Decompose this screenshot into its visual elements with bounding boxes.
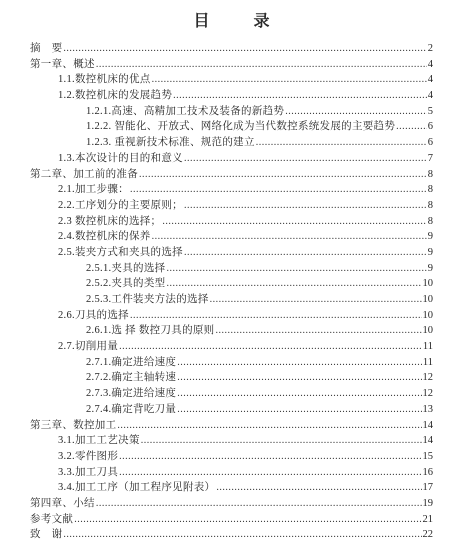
toc-entry: 2.4.数控机床的保养9 xyxy=(30,229,433,245)
toc-page-number: 15 xyxy=(423,449,434,465)
toc-entry-label: 2.6.刀具的选择 xyxy=(58,308,129,324)
document-page: 目 录 摘 要2第一章、概述41.1.数控机床的优点41.2.数控机床的发展趋势… xyxy=(0,0,455,547)
toc-page-number: 6 xyxy=(428,119,433,135)
toc-entry-label: 1.2.2. 智能化、开放式、网络化成为当代数控系统发展的主要趋势 xyxy=(86,119,395,135)
toc-entry: 2.5.3.工件装夹方法的选择10 xyxy=(30,292,433,308)
toc-entry-label: 2.7.4.确定背吃刀量 xyxy=(86,402,176,418)
toc-entry: 2.7.3.确定进给速度12 xyxy=(30,386,433,402)
toc-entry: 2.2.工序划分的主要原则；8 xyxy=(30,198,433,214)
toc-dot-leader xyxy=(162,214,426,230)
toc-entry-label: 2.1.加工步骤： xyxy=(58,182,129,198)
toc-entry-label: 2.7.2.确定主轴转速 xyxy=(86,370,176,386)
toc-entry-label: 2.2.工序划分的主要原则； xyxy=(58,198,183,214)
toc-entry: 2.5.装夹方式和夹具的选择9 xyxy=(30,245,433,261)
toc-entry-label: 3.2.零件图形 xyxy=(58,449,118,465)
toc-page-number: 11 xyxy=(423,339,433,355)
toc-dot-leader xyxy=(119,465,421,481)
toc-dot-leader xyxy=(139,167,427,183)
toc-dot-leader xyxy=(396,119,427,135)
toc-entry: 1.2.2. 智能化、开放式、网络化成为当代数控系统发展的主要趋势6 xyxy=(30,119,433,135)
toc-page-number: 16 xyxy=(423,465,434,481)
toc-dot-leader xyxy=(119,449,421,465)
toc-entry-label: 2.5.2.夹具的类型 xyxy=(86,276,165,292)
toc-entry: 第三章、数控加工14 xyxy=(30,418,433,434)
toc-entry: 参考文献21 xyxy=(30,512,433,528)
toc-dot-leader xyxy=(285,104,427,120)
toc-entry-label: 2.4.数控机床的保养 xyxy=(58,229,151,245)
toc-dot-leader xyxy=(63,527,421,543)
toc-dot-leader xyxy=(119,339,422,355)
toc-entry-label: 1.1.数控机床的优点 xyxy=(58,72,151,88)
toc-dot-leader xyxy=(216,480,421,496)
toc-page-number: 2 xyxy=(428,41,433,57)
toc-entry-label: 第二章、加工前的准备 xyxy=(30,167,138,183)
toc-entry-label: 第四章、小结 xyxy=(30,496,95,512)
toc-page-number: 4 xyxy=(428,72,433,88)
toc-entry: 1.1.数控机床的优点4 xyxy=(30,72,433,88)
toc-page-number: 19 xyxy=(423,496,434,512)
toc-entry-label: 2.5.装夹方式和夹具的选择 xyxy=(58,245,183,261)
toc-entry-label: 2.5.3.工件装夹方法的选择 xyxy=(86,292,209,308)
toc-page-number: 12 xyxy=(423,386,434,402)
toc-entry: 1.2.数控机床的发展趋势4 xyxy=(30,88,433,104)
toc-page-number: 9 xyxy=(428,245,433,261)
toc-entry: 2.3 数控机床的选择；8 xyxy=(30,214,433,230)
toc-entry-label: 2.7.3.确定进给速度 xyxy=(86,386,176,402)
toc-dot-leader xyxy=(184,198,427,214)
toc-dot-leader xyxy=(96,496,422,512)
toc-page-number: 9 xyxy=(428,261,433,277)
toc-dot-leader xyxy=(130,308,422,324)
toc-entry: 2.1.加工步骤：8 xyxy=(30,182,433,198)
toc-dot-leader xyxy=(177,355,422,371)
toc-entry-label: 参考文献 xyxy=(30,512,73,528)
toc-entry-label: 2.5.1.夹具的选择 xyxy=(86,261,165,277)
toc-entry: 3.2.零件图形15 xyxy=(30,449,433,465)
toc-entry: 2.6.1.选 择 数控刀具的原则10 xyxy=(30,323,433,339)
toc-page-number: 10 xyxy=(423,292,434,308)
toc-entry-label: 1.2.1.高速、高精加工技术及装备的新趋势 xyxy=(86,104,284,120)
toc-dot-leader xyxy=(166,276,421,292)
toc-entry: 2.7.1.确定进给速度11 xyxy=(30,355,433,371)
toc-entry-label: 1.2.3. 重视新技术标准、规范的建立 xyxy=(86,135,255,151)
toc-entry: 2.5.1.夹具的选择9 xyxy=(30,261,433,277)
toc-dot-leader xyxy=(166,261,426,277)
toc-entry: 摘 要2 xyxy=(30,41,433,57)
toc-page-number: 10 xyxy=(423,308,434,324)
toc-dot-leader xyxy=(177,386,421,402)
toc-page-number: 8 xyxy=(428,167,433,183)
toc-entry-label: 2.3 数控机床的选择； xyxy=(58,214,161,230)
toc-entry: 致 谢22 xyxy=(30,527,433,543)
toc-entry-label: 1.3.本次设计的目的和意义 xyxy=(58,151,183,167)
toc-page-number: 13 xyxy=(423,402,434,418)
toc-entry-label: 3.1.加工工艺决策 xyxy=(58,433,140,449)
toc-page-number: 5 xyxy=(428,104,433,120)
page-title: 目 录 xyxy=(30,8,433,31)
toc-entry: 2.7.2.确定主轴转速12 xyxy=(30,370,433,386)
toc-entry-label: 2.6.1.选 择 数控刀具的原则 xyxy=(86,323,214,339)
toc-entry: 第四章、小结19 xyxy=(30,496,433,512)
toc-page-number: 10 xyxy=(423,323,434,339)
toc-dot-leader xyxy=(173,88,427,104)
toc-page-number: 21 xyxy=(423,512,434,528)
toc-entry: 第一章、概述4 xyxy=(30,57,433,73)
toc-page-number: 8 xyxy=(428,182,433,198)
toc-page-number: 7 xyxy=(428,151,433,167)
toc-entry: 1.2.3. 重视新技术标准、规范的建立6 xyxy=(30,135,433,151)
toc-entry-label: 2.7.切削用量 xyxy=(58,339,118,355)
toc-entry: 2.5.2.夹具的类型10 xyxy=(30,276,433,292)
toc-dot-leader xyxy=(117,418,421,434)
toc-page-number: 12 xyxy=(423,370,434,386)
toc-page-number: 14 xyxy=(423,433,434,449)
toc-entry-label: 致 谢 xyxy=(30,527,62,543)
toc-entry: 第二章、加工前的准备8 xyxy=(30,167,433,183)
toc-page-number: 22 xyxy=(423,527,434,543)
toc-dot-leader xyxy=(152,229,427,245)
toc-page-number: 14 xyxy=(423,418,434,434)
toc-dot-leader xyxy=(130,182,427,198)
toc-dot-leader xyxy=(177,370,421,386)
toc-entry-label: 2.7.1.确定进给速度 xyxy=(86,355,176,371)
toc-entry: 2.7.切削用量11 xyxy=(30,339,433,355)
toc-entry-label: 3.4.加工工序（加工程序见附表） xyxy=(58,480,215,496)
toc-page-number: 9 xyxy=(428,229,433,245)
toc-dot-leader xyxy=(152,72,427,88)
table-of-contents: 摘 要2第一章、概述41.1.数控机床的优点41.2.数控机床的发展趋势41.2… xyxy=(30,41,433,543)
toc-dot-leader xyxy=(184,151,427,167)
toc-entry: 1.2.1.高速、高精加工技术及装备的新趋势5 xyxy=(30,104,433,120)
toc-page-number: 4 xyxy=(428,57,433,73)
toc-entry: 2.7.4.确定背吃刀量13 xyxy=(30,402,433,418)
toc-entry-label: 1.2.数控机床的发展趋势 xyxy=(58,88,172,104)
toc-dot-leader xyxy=(74,512,421,528)
toc-page-number: 17 xyxy=(423,480,434,496)
toc-page-number: 10 xyxy=(423,276,434,292)
toc-page-number: 8 xyxy=(428,198,433,214)
toc-entry-label: 3.3.加工刀具 xyxy=(58,465,118,481)
toc-page-number: 6 xyxy=(428,135,433,151)
toc-dot-leader xyxy=(210,292,422,308)
toc-dot-leader xyxy=(184,245,427,261)
toc-dot-leader xyxy=(96,57,427,73)
toc-page-number: 11 xyxy=(423,355,433,371)
toc-dot-leader xyxy=(177,402,421,418)
toc-dot-leader xyxy=(63,41,426,57)
toc-entry: 3.3.加工刀具16 xyxy=(30,465,433,481)
toc-dot-leader xyxy=(256,135,427,151)
toc-dot-leader xyxy=(215,323,421,339)
toc-dot-leader xyxy=(141,433,422,449)
toc-entry-label: 摘 要 xyxy=(30,41,62,57)
toc-page-number: 8 xyxy=(428,214,433,230)
toc-entry-label: 第一章、概述 xyxy=(30,57,95,73)
toc-entry: 3.4.加工工序（加工程序见附表） 17 xyxy=(30,480,433,496)
toc-page-number: 4 xyxy=(428,88,433,104)
toc-entry-label: 第三章、数控加工 xyxy=(30,418,116,434)
toc-entry: 3.1.加工工艺决策14 xyxy=(30,433,433,449)
toc-entry: 2.6.刀具的选择10 xyxy=(30,308,433,324)
toc-entry: 1.3.本次设计的目的和意义7 xyxy=(30,151,433,167)
